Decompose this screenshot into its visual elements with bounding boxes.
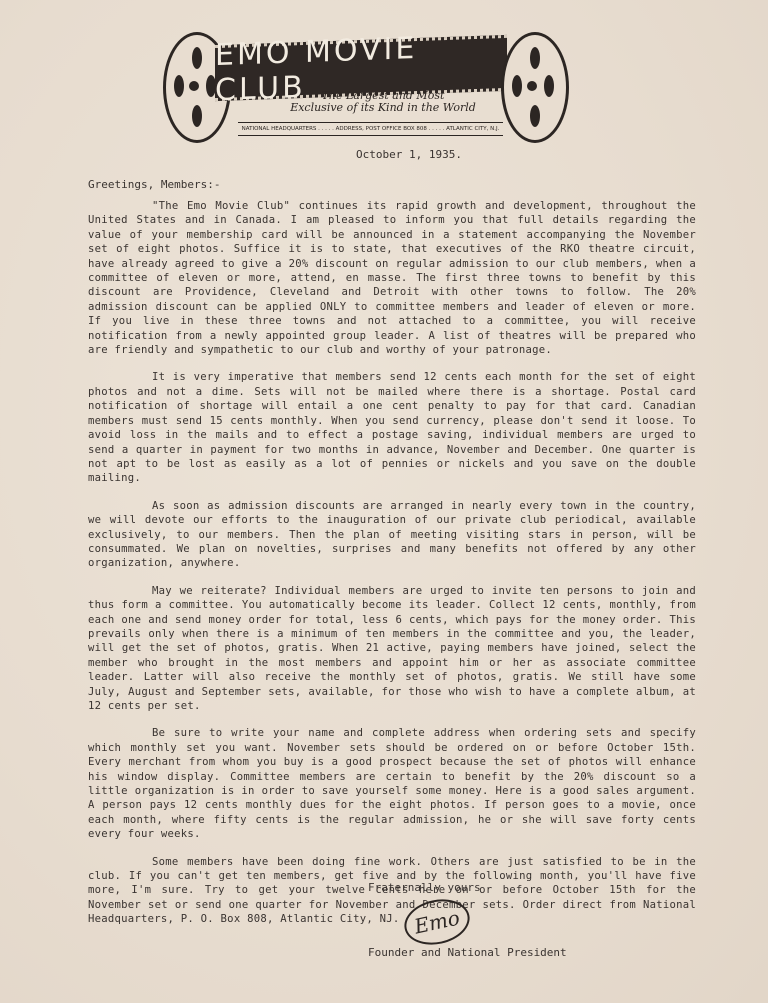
film-reel-icon bbox=[501, 32, 569, 143]
reel-hole bbox=[192, 47, 202, 69]
reel-hole bbox=[530, 47, 540, 69]
paragraph: It is very imperative that members send … bbox=[88, 370, 696, 485]
reel-hole bbox=[512, 75, 522, 97]
signer-title: Founder and National President bbox=[368, 946, 567, 959]
reel-hole bbox=[530, 105, 540, 127]
reel-hole bbox=[192, 105, 202, 127]
tagline-line-2: Exclusive of its Kind in the World bbox=[283, 102, 483, 114]
closing: Fraternally yours bbox=[368, 881, 481, 894]
paragraph: May we reiterate? Individual members are… bbox=[88, 584, 696, 714]
letter-page: EMO MOVIE CLUB The Largest and Most Excl… bbox=[0, 0, 768, 1003]
reel-hub bbox=[189, 81, 199, 91]
reel-hub bbox=[527, 81, 537, 91]
paragraph: "The Emo Movie Club" continues its rapid… bbox=[88, 199, 696, 357]
reel-hole bbox=[174, 75, 184, 97]
letterhead: EMO MOVIE CLUB The Largest and Most Excl… bbox=[163, 30, 563, 145]
paragraph: Be sure to write your name and complete … bbox=[88, 726, 696, 841]
salutation: Greetings, Members:- bbox=[88, 178, 220, 191]
letter-date: October 1, 1935. bbox=[356, 148, 462, 161]
tagline: The Largest and Most Exclusive of its Ki… bbox=[283, 90, 483, 114]
paragraph: As soon as admission discounts are arran… bbox=[88, 499, 696, 571]
reel-hole bbox=[544, 75, 554, 97]
headquarters-address: National Headquarters . . . . . Address,… bbox=[238, 122, 503, 136]
letter-body: "The Emo Movie Club" continues its rapid… bbox=[88, 199, 696, 940]
